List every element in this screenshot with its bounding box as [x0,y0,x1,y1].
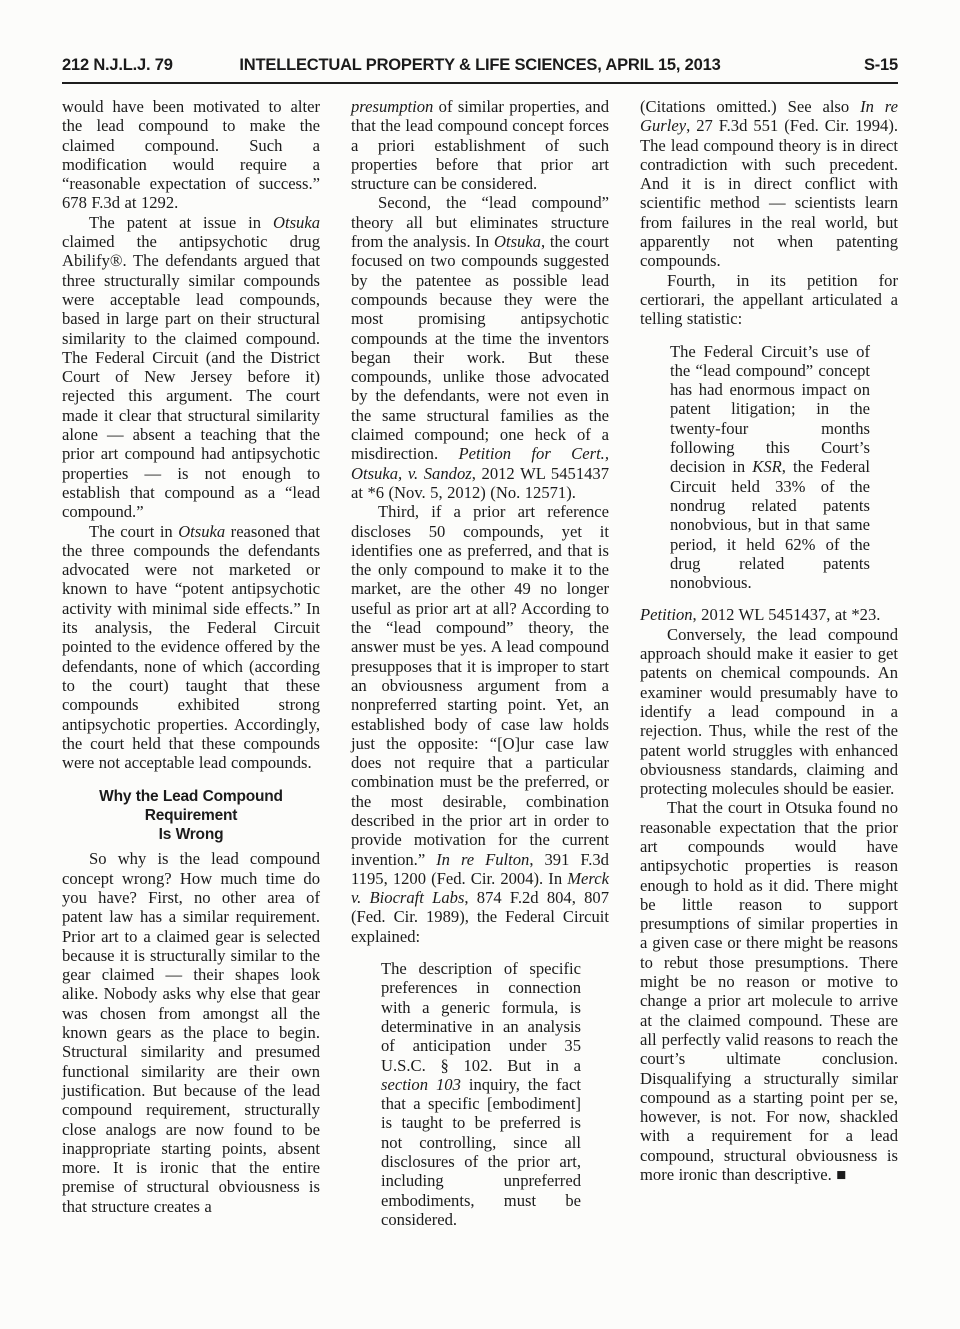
article-paragraph: presumption of similar properties, and t… [351,97,609,193]
article-paragraph: That the court in Otsuka found no reason… [640,798,898,1184]
article-paragraph: Conversely, the lead compound approach s… [640,625,898,799]
italic-text: section 103 [381,1075,461,1094]
column-1: would have been motivated to alter the l… [62,97,320,1242]
italic-text: Otsuka [494,232,541,251]
italic-text: Otsuka [273,213,320,232]
article-paragraph: Fourth, in its petition for certiorari, … [640,271,898,329]
article-columns: would have been motivated to alter the l… [62,97,898,1242]
italic-text: Petition for Cert., Otsuka, v. Sandoz [351,444,609,482]
article-paragraph: Third, if a prior art reference disclose… [351,502,609,946]
page-header: 212 N.J.L.J. 79 INTELLECTUAL PROPERTY & … [62,56,898,84]
italic-text: In re Gurley [640,97,898,135]
article-paragraph: Petition, 2012 WL 5451437, at *23. [640,605,898,624]
page-number: S-15 [864,56,898,75]
blockquote: The Federal Circuit’s use of the “lead c… [670,342,870,593]
journal-page: 212 N.J.L.J. 79 INTELLECTUAL PROPERTY & … [0,0,960,1329]
italic-text: presumption [351,97,433,116]
italic-text: Merck v. Biocraft Labs [351,869,609,907]
italic-text: Otsuka [178,522,225,541]
journal-title: INTELLECTUAL PROPERTY & LIFE SCIENCES, A… [239,56,720,75]
article-end-mark-icon: ■ [836,1165,846,1184]
section-heading: Why the Lead Compound RequirementIs Wron… [62,787,320,844]
italic-text: In re Fulton [436,850,529,869]
article-paragraph: Second, the “lead compound” theory all b… [351,193,609,502]
article-paragraph: (Citations omitted.) See also In re Gurl… [640,97,898,271]
italic-text: Petition [640,605,693,624]
article-paragraph: So why is the lead compound concept wron… [62,849,320,1216]
article-paragraph: would have been motivated to alter the l… [62,97,320,213]
column-3: (Citations omitted.) See also In re Gurl… [640,97,898,1242]
article-paragraph: The patent at issue in Otsuka claimed th… [62,213,320,522]
volume-citation: 212 N.J.L.J. 79 [62,56,173,75]
italic-text: KSR [752,457,782,476]
column-2: presumption of similar properties, and t… [351,97,609,1242]
blockquote: The description of specific preferences … [381,959,581,1229]
article-paragraph: The court in Otsuka reasoned that the th… [62,522,320,773]
